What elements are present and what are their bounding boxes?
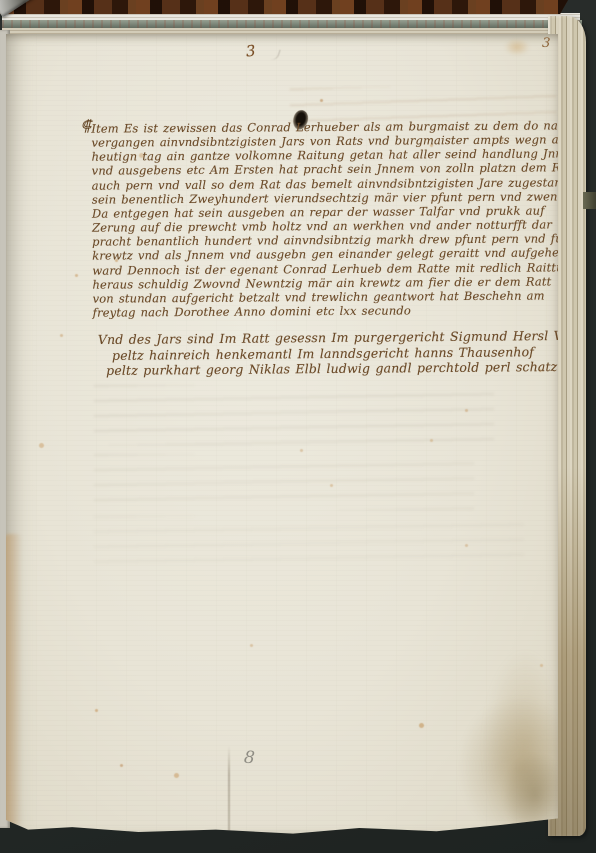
manuscript-line: peltz purkhart georg Niklas Elbl ludwig … bbox=[106, 359, 558, 378]
folio-number-center: 3 bbox=[245, 42, 256, 61]
folio-number-right: 3 bbox=[542, 36, 551, 51]
pencil-page-number: 8 bbox=[243, 748, 255, 769]
paragraph-mark: ⸿ bbox=[80, 119, 91, 133]
bleed-through-text bbox=[94, 454, 474, 510]
gutter-discoloration bbox=[4, 534, 22, 826]
bleed-through-text bbox=[94, 516, 524, 566]
manuscript-page: 3 3 ⸿ Item Es ist zewissen das Conrad Le… bbox=[6, 34, 558, 836]
stain-top-right bbox=[504, 38, 530, 56]
foxing-spots bbox=[6, 34, 9, 37]
bleed-through-text bbox=[94, 385, 494, 445]
book-spine-leather-edge bbox=[0, 0, 568, 14]
paper-crease bbox=[228, 746, 230, 838]
manuscript-book-scan: 3 3 ⸿ Item Es ist zewissen das Conrad Le… bbox=[0, 0, 596, 853]
account-record-paragraph: ⸿ Item Es ist zewissen das Conrad Lerhue… bbox=[91, 118, 564, 319]
manuscript-line: freytag nach Dorothee Anno domini etc lx… bbox=[93, 302, 565, 319]
faint-pen-trial-mark bbox=[266, 47, 280, 62]
fore-edge-tab bbox=[583, 192, 596, 209]
council-members-paragraph: Vnd des Jars sind Im Ratt gesessn Im pur… bbox=[98, 328, 558, 379]
